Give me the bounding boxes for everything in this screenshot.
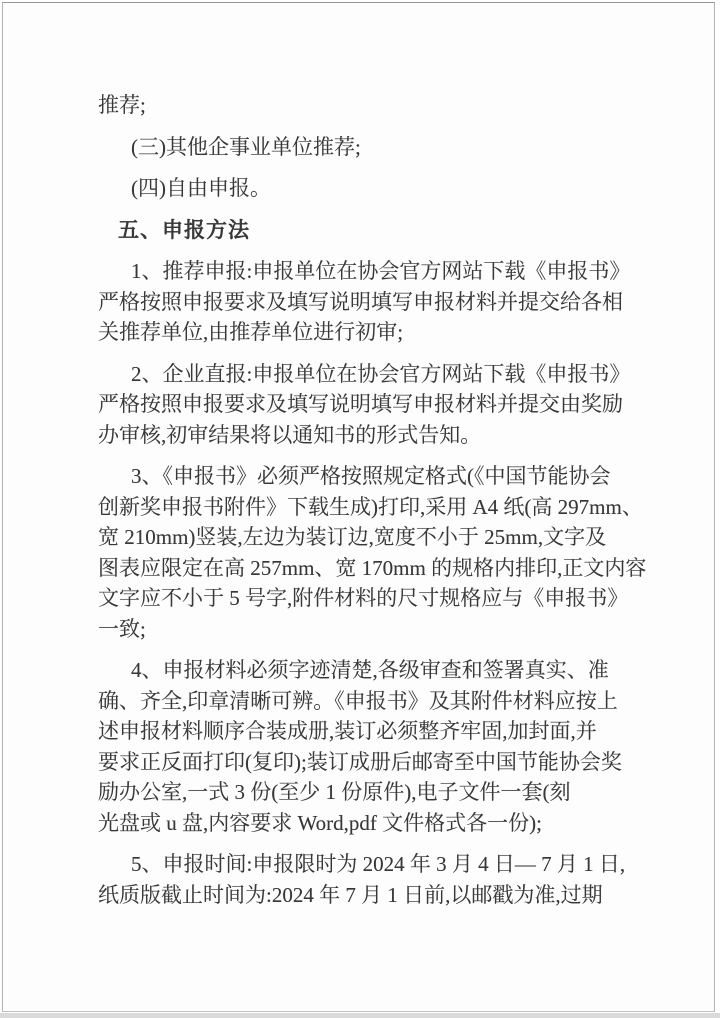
text-line: 4、申报材料必须字迹清楚,各级审查和签署真实、准 xyxy=(98,655,632,686)
list-item-4: (四)自由申报。 xyxy=(98,173,632,204)
text-line: 办审核,初审结果将以通知书的形式告知。 xyxy=(98,420,632,451)
text-line: 关推荐单位,由推荐单位进行初审; xyxy=(98,317,632,348)
text-line: 文字应不小于 5 号字,附件材料的尺寸规格应与《申报书》 xyxy=(98,583,632,614)
text-line: 述申报材料顺序合装成册,装订必须整齐牢固,加封面,并 xyxy=(98,716,632,747)
text-line: 纸质版截止时间为:2024 年 7 月 1 日前,以邮戳为准,过期 xyxy=(98,880,632,911)
text-line: 确、齐全,印章清晰可辨。《申报书》及其附件材料应按上 xyxy=(98,686,632,717)
text-line: 要求正反面打印(复印);装订成册后邮寄至中国节能协会奖 xyxy=(98,747,632,778)
scan-bottom-edge xyxy=(0,1013,720,1018)
text-line: 图表应限定在高 257mm、宽 170mm 的规格内排印,正文内容 xyxy=(98,553,632,584)
document-body: 推荐; (三)其他企事业单位推荐; (四)自由申报。 五、申报方法 1、推荐申报… xyxy=(98,90,632,921)
text-line: 光盘或 u 盘,内容要求 Word,pdf 文件格式各一份); xyxy=(98,808,632,839)
text-line: 3、《申报书》必须严格按照规定格式(《中国节能协会 xyxy=(98,461,632,492)
paragraph-3: 3、《申报书》必须严格按照规定格式(《中国节能协会 创新奖申报书附件》下载生成)… xyxy=(98,461,632,644)
paragraph-2: 2、企业直报:申报单位在协会官方网站下载《申报书》 严格按照申报要求及填写说明填… xyxy=(98,359,632,451)
text-line: 励办公室,一式 3 份(至少 1 份原件),电子文件一套(刻 xyxy=(98,777,632,808)
continuation-line: 推荐; xyxy=(98,90,632,121)
text-line: 2、企业直报:申报单位在协会官方网站下载《申报书》 xyxy=(98,359,632,390)
paragraph-4: 4、申报材料必须字迹清楚,各级审查和签署真实、准 确、齐全,印章清晰可辨。《申报… xyxy=(98,655,632,838)
text-line: 严格按照申报要求及填写说明填写申报材料并提交由奖励 xyxy=(98,389,632,420)
paragraph-5: 5、申报时间:申报限时为 2024 年 3 月 4 日— 7 月 1 日, 纸质… xyxy=(98,849,632,910)
text-line: 5、申报时间:申报限时为 2024 年 3 月 4 日— 7 月 1 日, xyxy=(98,849,632,880)
text-line: 一致; xyxy=(98,614,632,645)
text-line: 宽 210mm)竖装,左边为装订边,宽度不小于 25mm,文字及 xyxy=(98,522,632,553)
text-line: 创新奖申报书附件》下载生成)打印,采用 A4 纸(高 297mm、 xyxy=(98,492,632,523)
section-heading: 五、申报方法 xyxy=(98,215,632,246)
text-line: 严格按照申报要求及填写说明填写申报材料并提交给各相 xyxy=(98,287,632,318)
list-item-3: (三)其他企事业单位推荐; xyxy=(98,132,632,163)
paragraph-1: 1、推荐申报:申报单位在协会官方网站下载《申报书》 严格按照申报要求及填写说明填… xyxy=(98,256,632,348)
text-line: 1、推荐申报:申报单位在协会官方网站下载《申报书》 xyxy=(98,256,632,287)
